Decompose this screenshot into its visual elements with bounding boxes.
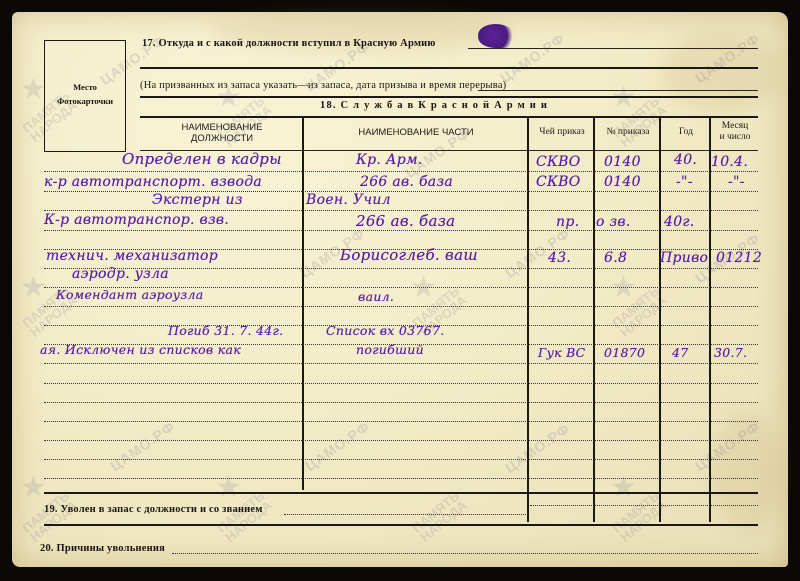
row-rule <box>44 478 758 479</box>
cell-year: 40. <box>674 152 697 168</box>
cell-month-day: -"- <box>728 174 745 190</box>
photo-label-line1: Место <box>45 82 125 92</box>
header-month-day-line2: и число <box>712 132 758 143</box>
cell-month-day: 10.4. <box>711 154 748 170</box>
section-divider <box>140 96 758 98</box>
cell-order-number: о зв. <box>596 214 631 230</box>
row-rule <box>44 363 758 364</box>
cell-order-number: 01870 <box>604 345 645 360</box>
header-month-day-line1: Месяц <box>712 121 758 132</box>
row-rule <box>44 459 758 460</box>
field-17-note: (На призванных из запаса указать—из запа… <box>140 80 506 91</box>
column-divider <box>527 116 529 522</box>
cell-unit: Борисоглеб. ваш <box>340 246 478 264</box>
cell-whose-order: Гук ВС <box>538 345 586 360</box>
row-rule <box>44 171 758 172</box>
row-rule <box>44 210 758 211</box>
row-rule <box>530 505 758 506</box>
header-unit: НАИМЕНОВАНИЕ ЧАСТИ <box>304 127 528 138</box>
field-17-note-line <box>478 90 758 91</box>
cell-month-day: 30.7. <box>714 345 747 360</box>
row-rule <box>44 402 758 403</box>
cell-position: аэродр. узла <box>72 266 169 282</box>
cell-unit: Кр. Арм. <box>356 152 423 168</box>
cell-order-number: 6.8 <box>604 250 627 266</box>
row-rule <box>44 383 758 384</box>
column-divider <box>593 116 595 522</box>
cell-whose-order: 43. <box>548 250 571 266</box>
cell-unit: ваил. <box>358 289 394 304</box>
header-position-line2: ДОЛЖНОСТИ <box>142 133 302 144</box>
header-year: Год <box>662 127 710 138</box>
cell-unit: 266 ав. база <box>356 212 455 230</box>
header-month-day: Месяц и число <box>712 121 758 143</box>
paper-stain <box>662 32 782 112</box>
header-position-line1: НАИМЕНОВАНИЕ <box>142 122 302 133</box>
cell-position: технич. механизатор <box>46 248 218 264</box>
photo-label-line2: Фотокарточки <box>45 96 125 106</box>
row-rule <box>44 421 758 422</box>
cell-death-note: Погиб 31. 7. 44г. <box>168 323 283 338</box>
cell-whose-order: СКВО <box>536 154 581 170</box>
cell-list-note: Список вх 03767. <box>326 323 444 338</box>
field-19-bottom-border <box>44 524 758 526</box>
cell-position: Экстерн из <box>152 192 243 208</box>
field-19-label: 19. Уволен в запас с должности и со зван… <box>44 504 263 515</box>
column-divider <box>709 116 711 522</box>
cell-year: 40г. <box>664 214 695 230</box>
cell-year: 47 <box>672 345 689 360</box>
cell-position: Определен в кадры <box>122 150 282 168</box>
header-order-number: № приказа <box>596 127 660 138</box>
cell-whose-order: пр. <box>556 214 579 230</box>
column-divider <box>659 116 661 522</box>
header-whose-order: Чей приказ <box>530 127 594 138</box>
field-20-line <box>172 553 758 554</box>
header-position: НАИМЕНОВАНИЕ ДОЛЖНОСТИ <box>142 122 302 144</box>
cell-position: К-р автотранспор. взв. <box>44 212 229 228</box>
field-17-label: 17. Откуда и с какой должности вступил в… <box>142 38 436 49</box>
cell-position: ая. Исключен из списков как <box>40 342 241 357</box>
cell-order-number: 0140 <box>604 174 641 190</box>
cell-year: -"- <box>676 174 693 190</box>
cell-unit: Воен. Учил <box>306 192 391 208</box>
ink-blot-redaction <box>478 24 516 48</box>
field-19-line <box>284 514 528 515</box>
table-bottom-border <box>44 492 758 494</box>
cell-month-day: 01212 <box>716 250 762 266</box>
cell-whose-order: СКВО <box>536 174 581 190</box>
table-top-border <box>140 116 758 118</box>
field-20-label: 20. Причины увольнения <box>40 543 165 554</box>
field-17-line-2 <box>140 67 758 69</box>
row-rule <box>44 306 758 307</box>
cell-position: Комендант аэроузла <box>56 287 204 302</box>
section-18-title: 18. С л у ж б а в К р а с н о й А р м и … <box>320 100 548 111</box>
row-rule <box>44 230 758 231</box>
cell-year: Приво <box>660 250 708 266</box>
column-divider <box>302 116 304 490</box>
field-17-line <box>468 48 758 49</box>
cell-unit: 266 ав. база <box>360 174 453 190</box>
cell-unit: погибший <box>356 342 424 357</box>
row-rule <box>44 440 758 441</box>
paper-stain <box>712 412 782 532</box>
cell-order-number: 0140 <box>604 154 641 170</box>
cell-position: к-р автотранспорт. взвода <box>44 174 262 190</box>
